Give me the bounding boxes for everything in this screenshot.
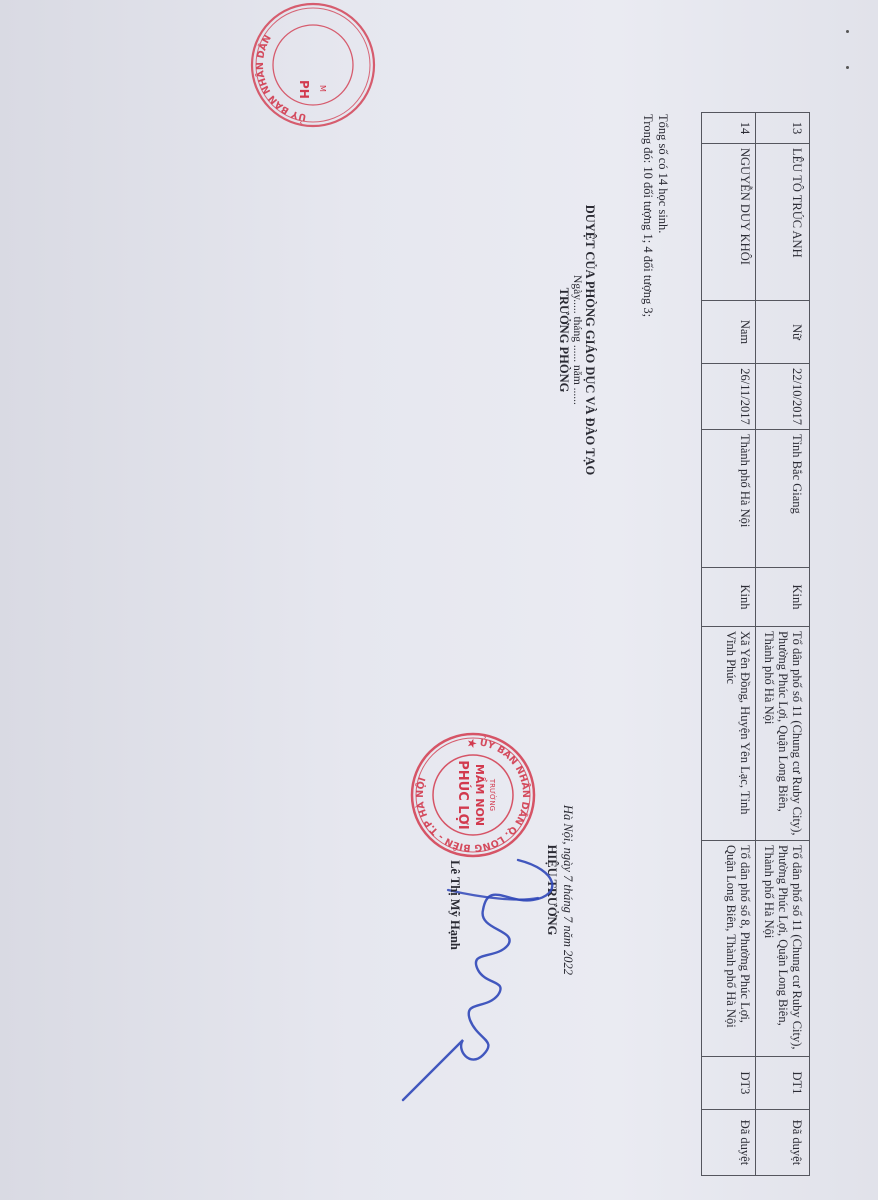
cell-birthplace: Tỉnh Bắc Giang [756,429,810,567]
approval-heading: DUYỆT CỦA PHÒNG GIÁO DỤC VÀ ĐÀO TẠO [583,160,596,520]
photographed-page: 13 LÊU TÔ TRÚC ANH Nữ 22/10/2017 Tỉnh Bắ… [0,0,878,1200]
cell-object-type: DT1 [756,1056,810,1109]
approval-date: Ngày..... tháng ...... năm ...... [570,160,583,520]
partial-stamp: ỦY BAN NHÂN DÂN M PH [248,0,378,130]
summary-total: Tổng số có 14 học sinh. [655,114,670,317]
table-row: 13 LÊU TÔ TRÚC ANH Nữ 22/10/2017 Tỉnh Bắ… [756,113,810,1176]
cell-stt: 14 [702,113,756,144]
cell-gender: Nữ [756,301,810,364]
cell-name: NGUYỄN DUY KHÔI [702,144,756,301]
cell-name: LÊU TÔ TRÚC ANH [756,144,810,301]
rotated-document: 13 LÊU TÔ TRÚC ANH Nữ 22/10/2017 Tỉnh Bắ… [0,0,878,1200]
cell-permanent-address: Tổ dân phố số 11 (Chung cư Ruby City), P… [756,626,810,840]
cell-gender: Nam [702,301,756,364]
handwritten-signature [398,800,578,1120]
cell-current-address: Tổ dân phố số 11 (Chung cư Ruby City), P… [756,840,810,1056]
partial-stamp-fragment-1: M [318,85,327,92]
student-table: 13 LÊU TÔ TRÚC ANH Nữ 22/10/2017 Tỉnh Bắ… [701,112,810,1176]
summary: Tổng số có 14 học sinh. Trong đó: 10 đối… [640,114,670,317]
cell-birthplace: Thành phố Hà Nội [702,429,756,567]
cell-ethnicity: Kinh [756,567,810,626]
table-row: 14 NGUYỄN DUY KHÔI Nam 26/11/2017 Thành … [702,113,756,1176]
cell-status: Đã duyệt [756,1109,810,1175]
cell-stt: 13 [756,113,810,144]
partial-stamp-fragment-2: PH [297,80,311,99]
cell-dob: 26/11/2017 [702,364,756,430]
cell-status: Đã duyệt [702,1109,756,1175]
cell-object-type: DT3 [702,1056,756,1109]
cell-dob: 22/10/2017 [756,364,810,430]
svg-text:ỦY BAN NHÂN DÂN: ỦY BAN NHÂN DÂN [254,33,307,124]
department-approval: DUYỆT CỦA PHÒNG GIÁO DỤC VÀ ĐÀO TẠO Ngày… [557,160,596,520]
approval-role: TRƯỞNG PHÒNG [557,160,570,520]
summary-breakdown: Trong đó: 10 đối tượng 1; 4 đối tượng 3; [640,114,655,317]
signer-name: Lê Thị Mỹ Hạnh [447,830,462,980]
cell-permanent-address: Xã Yên Đồng, Huyện Yên Lạc, Tỉnh Vĩnh Ph… [702,626,756,840]
star-icon: ★ [465,738,479,749]
cell-ethnicity: Kinh [702,567,756,626]
cell-current-address: Tổ dân phố số 8, Phường Phúc Lợi, Quận L… [702,840,756,1056]
partial-stamp-text: ỦY BAN NHÂN DÂN [254,33,307,124]
